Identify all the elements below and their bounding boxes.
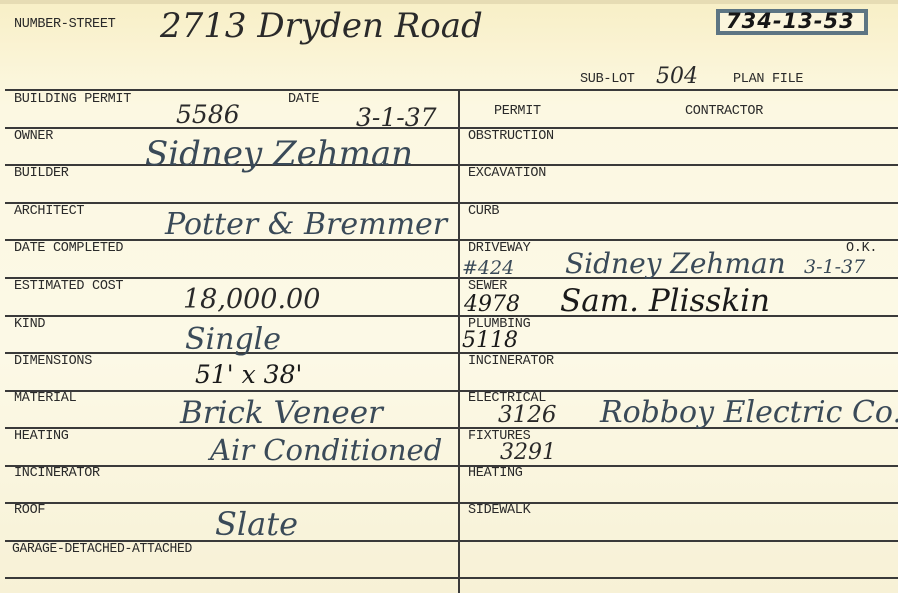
number-street-value: 2713 Dryden Road — [160, 6, 483, 46]
field-label-dimensions: DIMENSIONS — [14, 354, 92, 370]
field-label-estimated-cost: ESTIMATED COST — [14, 279, 123, 295]
sub-lot-label: SUB-LOT — [580, 72, 635, 88]
heating-value: Air Conditioned — [210, 433, 442, 467]
permit-label-excavation: EXCAVATION — [468, 166, 546, 182]
driveway-permit-no: #424 — [462, 257, 514, 279]
permit-column-header: PERMIT — [494, 104, 541, 120]
permit-label-obstruction: OBSTRUCTION — [468, 129, 554, 145]
owner-value: Sidney Zehman — [145, 134, 413, 174]
driveway-contractor: Sidney Zehman — [565, 247, 786, 280]
sewer-contractor: Sam. Plisskin — [560, 283, 770, 319]
file-number: 734-13-53 — [726, 9, 855, 33]
card-top-edge — [0, 0, 898, 4]
electrical-contractor: Robboy Electric Co. — [600, 395, 898, 430]
field-label-material: MATERIAL — [14, 391, 76, 407]
kind-value: Single — [185, 322, 281, 357]
date-label: DATE — [288, 92, 319, 108]
field-label-incinerator: INCINERATOR — [14, 466, 100, 482]
field-label-builder: BUILDER — [14, 166, 69, 182]
permit-label-curb: CURB — [468, 204, 499, 220]
fixtures-permit-no: 3291 — [500, 440, 556, 465]
electrical-permit-no: 3126 — [498, 402, 557, 428]
file-number-stamp: 734-13-53 — [716, 9, 868, 35]
architect-value: Potter & Bremmer — [165, 207, 447, 242]
contractor-column-header: CONTRACTOR — [685, 104, 763, 120]
field-label-roof: ROOF — [14, 503, 45, 519]
estimated-cost-value: 18,000.00 — [183, 284, 320, 315]
field-label-heating: HEATING — [14, 429, 69, 445]
field-label-garage: GARAGE-DETACHED-ATTACHED — [12, 541, 192, 557]
driveway-status: O.K. — [846, 241, 877, 257]
sewer-permit-no: 4978 — [464, 292, 520, 317]
field-label-owner: OWNER — [14, 129, 53, 145]
number-street-label: NUMBER-STREET — [14, 17, 115, 33]
driveway-date: 3-1-37 — [804, 256, 865, 278]
building-permit-value: 5586 — [176, 100, 240, 129]
field-label-architect: ARCHITECT — [14, 204, 84, 220]
date-value: 3-1-37 — [356, 103, 437, 132]
permit-card: NUMBER-STREET 2713 Dryden Road 734-13-53… — [0, 0, 898, 593]
dimensions-value: 51' x 38' — [195, 360, 302, 389]
field-label-kind: KIND — [14, 317, 45, 333]
plan-file-label: PLAN FILE — [733, 72, 803, 88]
permit-label-incinerator: INCINERATOR — [468, 354, 554, 370]
sub-lot-value: 504 — [656, 64, 698, 89]
permit-label-driveway: DRIVEWAY — [468, 241, 530, 257]
field-label-date-completed: DATE COMPLETED — [14, 241, 123, 257]
roof-value: Slate — [215, 505, 298, 543]
permit-label-heating: HEATING — [468, 466, 523, 482]
plumbing-permit-no: 5118 — [462, 328, 518, 353]
permit-label-sidewalk: SIDEWALK — [468, 503, 530, 519]
material-value: Brick Veneer — [180, 395, 383, 431]
column-divider — [458, 89, 460, 593]
field-label-building-permit: BUILDING PERMIT — [14, 92, 131, 108]
